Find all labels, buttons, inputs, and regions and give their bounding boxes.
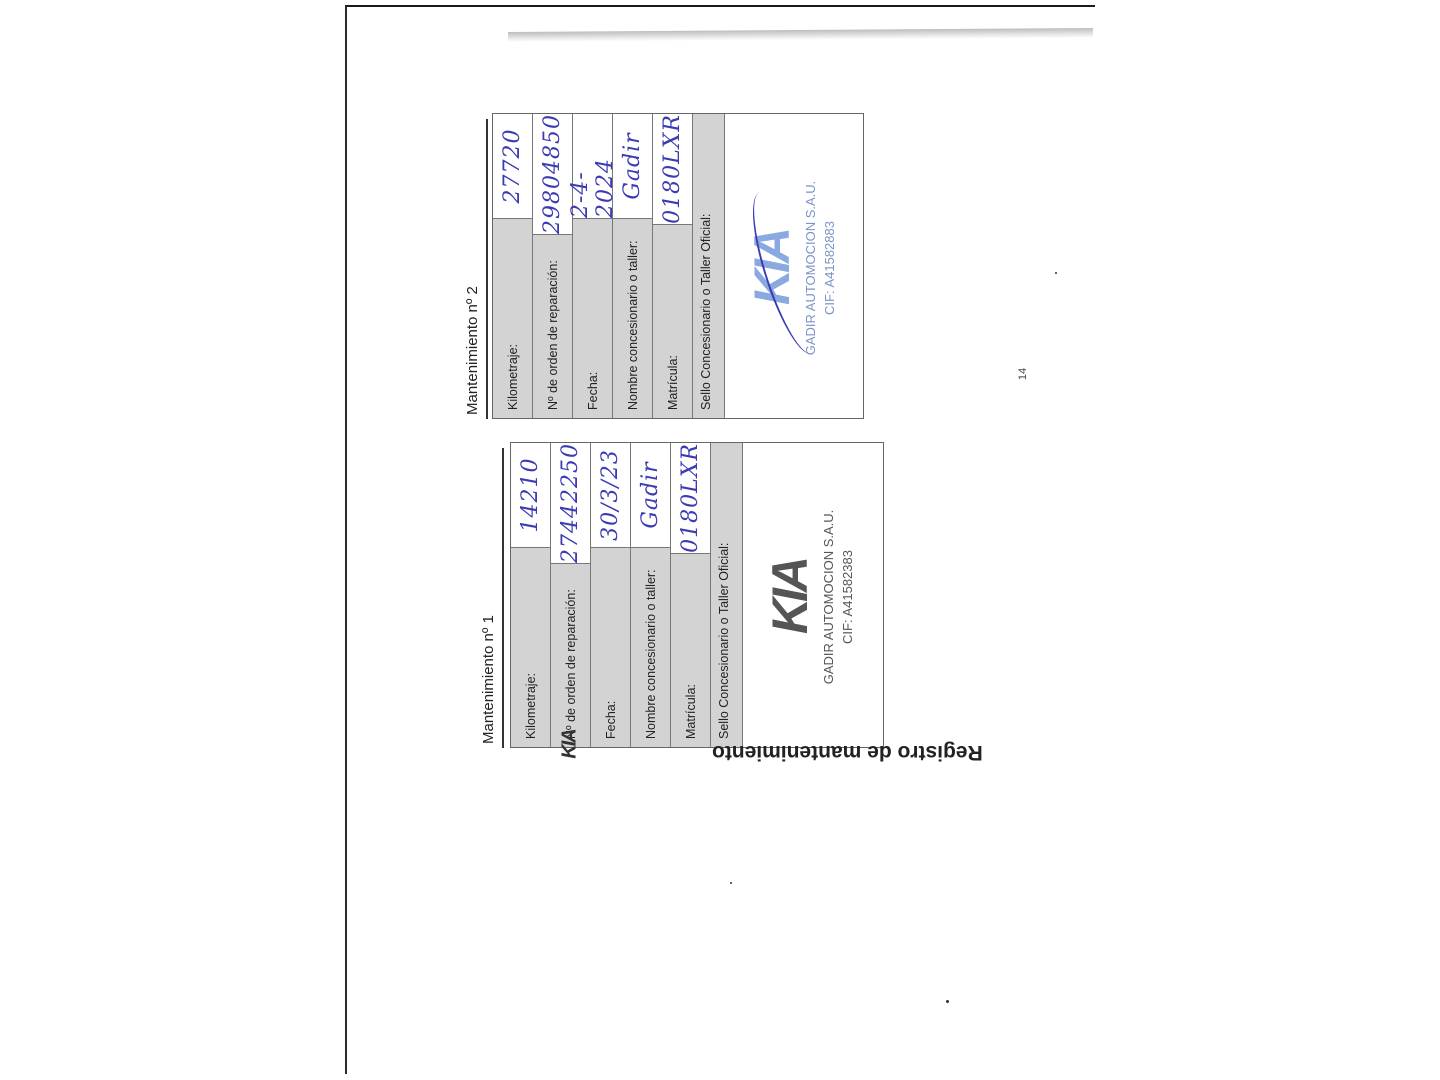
scan-speck bbox=[1055, 272, 1057, 274]
label-matricula: Matrícula: bbox=[653, 224, 692, 418]
row-orden: Nº de orden de reparación: 27442250 bbox=[551, 443, 591, 747]
page-fold-shadow bbox=[508, 28, 1093, 42]
title-rule bbox=[486, 119, 488, 419]
title-rule bbox=[502, 448, 504, 748]
seal-area: KIA GADIR AUTOMOCION S.A.U. CIF: A415828… bbox=[725, 114, 863, 418]
label-kilometraje: Kilometraje: bbox=[493, 218, 532, 418]
label-sello: Sello Concesionario o Taller Oficial: bbox=[693, 114, 725, 418]
scan-speck bbox=[946, 1000, 949, 1003]
label-matricula: Matrícula: bbox=[671, 553, 710, 747]
row-fecha: Fecha: 30/3/23 bbox=[591, 443, 631, 747]
row-concesionario: Nombre concesionario o taller: Gadir bbox=[631, 443, 671, 747]
value-fecha: 30/3/23 bbox=[591, 443, 630, 547]
scan-border-left bbox=[345, 6, 347, 1074]
stamp-cif: CIF: A41582883 bbox=[822, 221, 837, 315]
maintenance-block-2: Mantenimiento nº 2 Kilometraje: 27720 Nº… bbox=[464, 109, 864, 423]
label-orden: Nº de orden de reparación: bbox=[533, 234, 572, 418]
maintenance-table: Kilometraje: 14210 Nº de orden de repara… bbox=[510, 442, 884, 748]
value-matricula: 0180LXR bbox=[671, 443, 710, 553]
row-kilometraje: Kilometraje: 27720 bbox=[493, 114, 533, 418]
label-sello: Sello Concesionario o Taller Oficial: bbox=[711, 443, 743, 747]
row-sello: Sello Concesionario o Taller Oficial: KI… bbox=[711, 443, 883, 747]
label-fecha: Fecha: bbox=[573, 218, 612, 418]
kia-logo-icon: KIA bbox=[559, 730, 582, 758]
stamp-company: GADIR AUTOMOCION S.A.U. bbox=[821, 510, 836, 685]
section-title: Mantenimiento nº 1 bbox=[480, 615, 497, 744]
maintenance-block-1: Mantenimiento nº 1 Kilometraje: 14210 Nº… bbox=[480, 438, 884, 752]
row-fecha: Fecha: 2-4-2024 bbox=[573, 114, 613, 418]
value-concesionario: Gadir bbox=[613, 114, 652, 218]
value-orden: 29804850 bbox=[533, 114, 572, 234]
value-fecha: 2-4-2024 bbox=[573, 114, 612, 218]
dealer-stamp: KIA GADIR AUTOMOCION S.A.U. CIF: A415823… bbox=[753, 467, 863, 727]
page-number: 14 bbox=[1017, 368, 1029, 380]
value-orden: 27442250 bbox=[551, 443, 590, 563]
label-concesionario: Nombre concesionario o taller: bbox=[631, 547, 670, 747]
seal-area: KIA GADIR AUTOMOCION S.A.U. CIF: A415823… bbox=[743, 443, 883, 747]
label-orden: Nº de orden de reparación: bbox=[551, 563, 590, 747]
section-title: Mantenimiento nº 2 bbox=[464, 286, 481, 415]
scan-speck bbox=[730, 882, 732, 884]
row-matricula: Matrícula: 0180LXR bbox=[653, 114, 693, 418]
value-kilometraje: 14210 bbox=[511, 443, 550, 547]
row-sello: Sello Concesionario o Taller Oficial: KI… bbox=[693, 114, 863, 418]
page-heading: Registro de mantenimiento bbox=[712, 740, 983, 764]
maintenance-table: Kilometraje: 27720 Nº de orden de repara… bbox=[492, 113, 864, 419]
scan-border-top bbox=[345, 5, 1095, 7]
row-kilometraje: Kilometraje: 14210 bbox=[511, 443, 551, 747]
row-matricula: Matrícula: 0180LXR bbox=[671, 443, 711, 747]
row-concesionario: Nombre concesionario o taller: Gadir bbox=[613, 114, 653, 418]
label-concesionario: Nombre concesionario o taller: bbox=[613, 218, 652, 418]
stamp-cif: CIF: A41582383 bbox=[840, 550, 855, 644]
value-kilometraje: 27720 bbox=[493, 114, 532, 218]
value-concesionario: Gadir bbox=[631, 443, 670, 547]
label-kilometraje: Kilometraje: bbox=[511, 547, 550, 747]
value-matricula: 0180LXR bbox=[653, 114, 692, 224]
kia-stamp-logo: KIA bbox=[761, 560, 819, 634]
label-fecha: Fecha: bbox=[591, 547, 630, 747]
